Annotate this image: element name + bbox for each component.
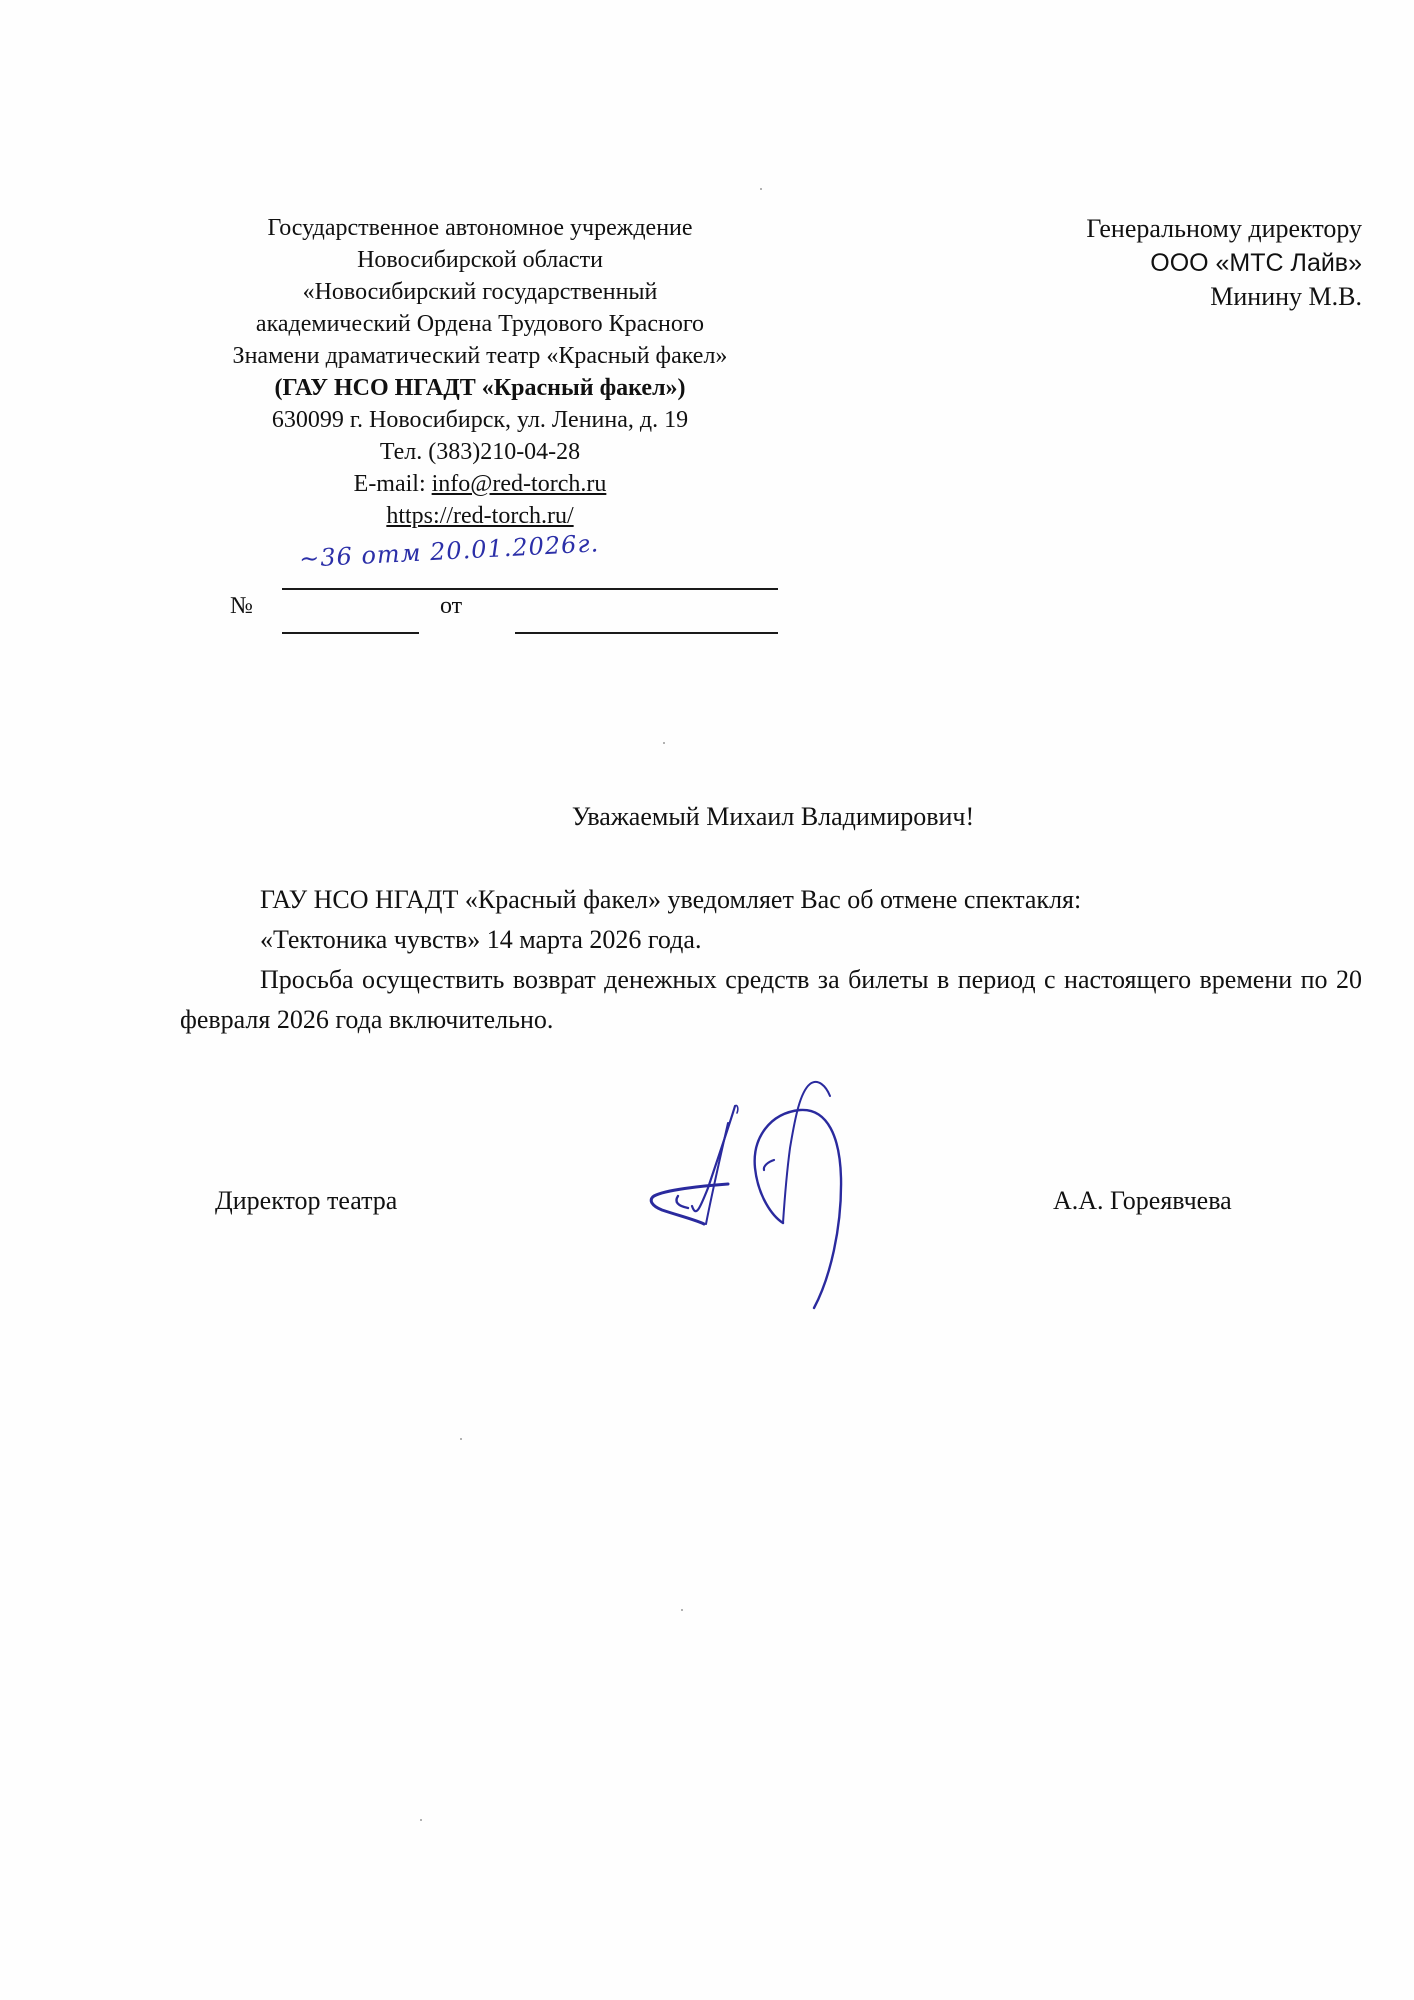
letter-page: Государственное автономное учреждение Но… xyxy=(0,0,1414,2000)
from-date-label: от xyxy=(440,593,462,620)
registration-number-block: ~36 отм 20.01.2026г. № от xyxy=(220,545,790,645)
letter-body: ГАУ НСО НГАДТ «Красный факел» уведомляет… xyxy=(180,880,1362,1040)
signatory-name: А.А. Гореявчева xyxy=(1053,1186,1232,1216)
body-paragraph-1: ГАУ НСО НГАДТ «Красный факел» уведомляет… xyxy=(180,880,1362,920)
handwritten-signature xyxy=(640,1078,880,1328)
sender-line-5: Знамени драматический театр «Красный фак… xyxy=(180,340,780,372)
recipient-block: Генеральному директору ООО «МТС Лайв» Ми… xyxy=(982,212,1362,314)
scan-speck xyxy=(760,188,762,190)
sender-address: 630099 г. Новосибирск, ул. Ленина, д. 19 xyxy=(180,404,780,436)
number-field-line xyxy=(282,632,419,634)
handwritten-registration-entry: ~36 отм 20.01.2026г. xyxy=(299,529,600,573)
sender-line-4: академический Ордена Трудового Красного xyxy=(180,308,780,340)
date-field-line xyxy=(515,632,778,634)
sender-email-label: E-mail: xyxy=(354,471,432,497)
sender-website-link[interactable]: https://red-torch.ru/ xyxy=(180,500,780,532)
sender-line-2: Новосибирской области xyxy=(180,244,780,276)
sender-short-name: (ГАУ НСО НГАДТ «Красный факел») xyxy=(180,372,780,404)
body-paragraph-2: «Тектоника чувств» 14 марта 2026 года. xyxy=(180,920,1362,960)
scan-speck xyxy=(460,1438,462,1440)
scan-speck xyxy=(681,1609,683,1611)
sender-email-link[interactable]: info@red-torch.ru xyxy=(432,471,607,497)
registration-underline-top xyxy=(282,588,778,590)
sender-email-row: E-mail: info@red-torch.ru xyxy=(180,468,780,500)
sender-line-3: «Новосибирский государственный xyxy=(180,276,780,308)
recipient-name: Минину М.В. xyxy=(982,280,1362,314)
number-sign-label: № xyxy=(230,593,253,620)
signatory-title: Директор театра xyxy=(215,1186,397,1216)
recipient-position: Генеральному директору xyxy=(982,212,1362,246)
sender-phone: Тел. (383)210-04-28 xyxy=(180,436,780,468)
recipient-company: ООО «МТС Лайв» xyxy=(982,246,1362,280)
sender-line-1: Государственное автономное учреждение xyxy=(180,212,780,244)
letter-greeting: Уважаемый Михаил Владимирович! xyxy=(0,800,1414,834)
body-paragraph-3: Просьба осуществить возврат денежных сре… xyxy=(180,960,1362,1040)
signature-icon xyxy=(640,1078,880,1328)
scan-speck xyxy=(663,742,665,744)
sender-letterhead: Государственное автономное учреждение Но… xyxy=(180,212,780,532)
scan-speck xyxy=(420,1819,422,1821)
